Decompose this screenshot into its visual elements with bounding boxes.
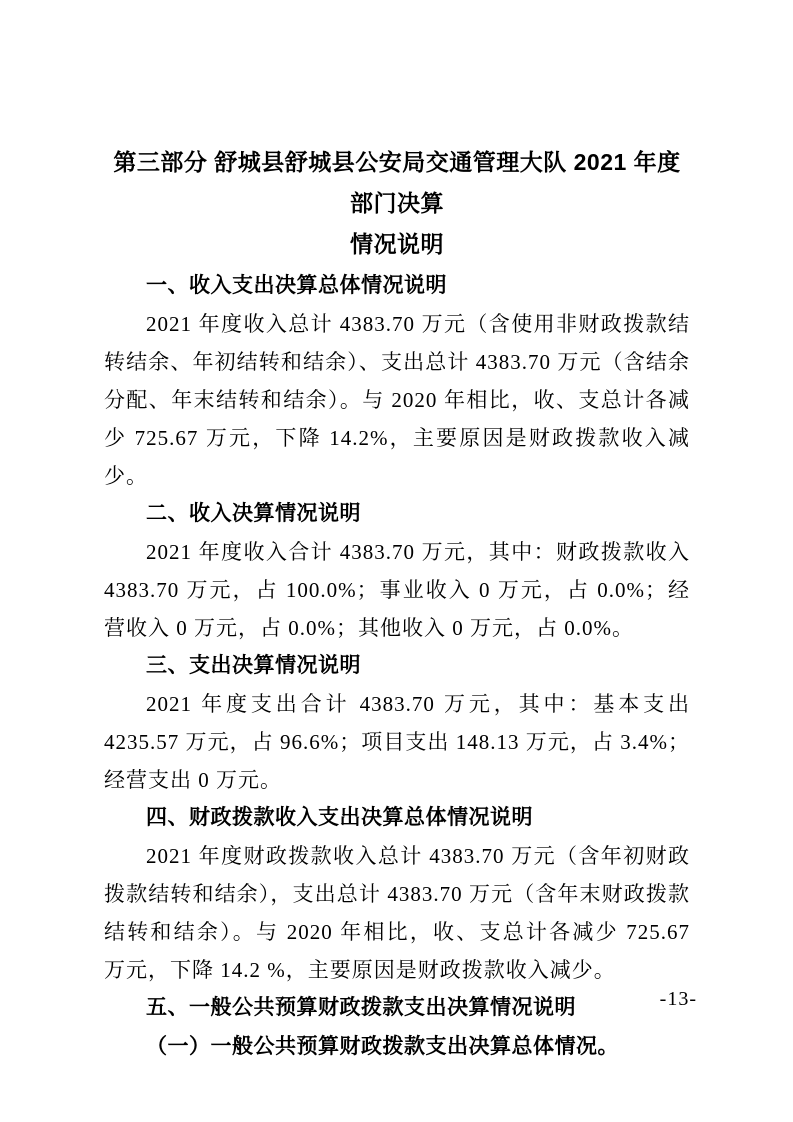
section-5-heading: 五、一般公共预算财政拨款支出决算情况说明 [104, 989, 690, 1027]
section-3-heading: 三、支出决算情况说明 [104, 647, 690, 685]
section-1-heading: 一、收入支出决算总体情况说明 [104, 267, 690, 305]
section-2-heading: 二、收入决算情况说明 [104, 495, 690, 533]
document-title: 第三部分 舒城县舒城县公安局交通管理大队 2021 年度部门决算 情况说明 [104, 142, 690, 265]
section-income-expenditure-overview: 一、收入支出决算总体情况说明 2021 年度收入总计 4383.70 万元（含使… [104, 267, 690, 495]
section-4-paragraph: 2021 年度财政拨款收入总计 4383.70 万元（含年初财政拨款结转和结余）… [104, 837, 690, 989]
section-4-heading: 四、财政拨款收入支出决算总体情况说明 [104, 799, 690, 837]
document-title-line-2: 情况说明 [104, 224, 690, 265]
document-content: 第三部分 舒城县舒城县公安局交通管理大队 2021 年度部门决算 情况说明 一、… [104, 142, 690, 1065]
section-3-paragraph: 2021 年度支出合计 4383.70 万元，其中：基本支出 4235.57 万… [104, 685, 690, 799]
document-page: 第三部分 舒城县舒城县公安局交通管理大队 2021 年度部门决算 情况说明 一、… [0, 0, 793, 1122]
document-title-line-1: 第三部分 舒城县舒城县公安局交通管理大队 2021 年度部门决算 [104, 142, 690, 224]
section-2-paragraph: 2021 年度收入合计 4383.70 万元，其中：财政拨款收入 4383.70… [104, 533, 690, 647]
section-income-accounts: 二、收入决算情况说明 2021 年度收入合计 4383.70 万元，其中：财政拨… [104, 495, 690, 647]
section-expenditure-accounts: 三、支出决算情况说明 2021 年度支出合计 4383.70 万元，其中：基本支… [104, 647, 690, 799]
section-general-public-budget: 五、一般公共预算财政拨款支出决算情况说明 （一）一般公共预算财政拨款支出决算总体… [104, 989, 690, 1065]
section-5-subheading: （一）一般公共预算财政拨款支出决算总体情况。 [104, 1027, 690, 1065]
section-fiscal-appropriation-overview: 四、财政拨款收入支出决算总体情况说明 2021 年度财政拨款收入总计 4383.… [104, 799, 690, 989]
section-1-paragraph: 2021 年度收入总计 4383.70 万元（含使用非财政拨款结转结余、年初结转… [104, 305, 690, 495]
page-number: -13- [660, 988, 697, 1011]
